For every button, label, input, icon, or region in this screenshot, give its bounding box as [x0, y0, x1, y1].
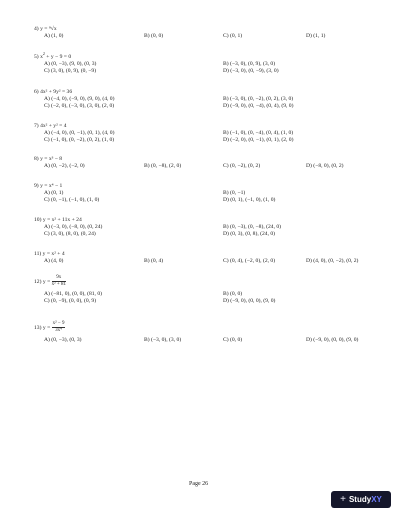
question-number: 13): [34, 325, 41, 331]
option-c: C) (3, 0), (8, 0), (0, 24): [44, 231, 96, 238]
question-number: 6): [34, 89, 39, 95]
question-number: 10): [34, 217, 41, 223]
question-number: 11): [34, 251, 41, 257]
option-d: D) (1, 1): [306, 33, 325, 40]
option-c: C) (0, −9), (0, 0), (0, 9): [44, 298, 96, 305]
option-a: A) (0, −2), (−2, 0): [44, 163, 85, 170]
question-number: 9): [34, 183, 39, 189]
option-a: A) (−81, 0), (0, 0), (81, 0): [44, 291, 102, 298]
fraction: x² − 93x⁴: [52, 321, 66, 334]
question-8: 8) y = x³ − 8 A) (0, −2), (−2, 0) B) (0,…: [34, 156, 62, 170]
option-c: C) (0, 0): [223, 337, 242, 344]
option-d: D) (−9, 0), (0, 0), (9, 0): [306, 337, 358, 344]
plus-icon: +: [340, 494, 346, 505]
question-5: 5) x2 + y − 9 = 0 A) (0, −3), (9, 0), (0…: [34, 54, 71, 75]
option-b: B) (−1, 0), (0, −4), (0, 4), (1, 0): [223, 130, 293, 137]
option-c: C) (0, 1): [223, 33, 242, 40]
studyxy-badge[interactable]: + StudyXY: [331, 491, 391, 508]
fraction: 9xx² + 81: [52, 275, 66, 288]
option-c: C) (0, 4), (−2, 0), (2, 0): [223, 258, 275, 265]
question-13: 13) y = x² − 93x⁴ A) (0, −3), (0, 3) B) …: [34, 321, 65, 344]
option-b: B) (0, −8), (2, 0): [144, 163, 181, 170]
option-a: A) (1, 0): [44, 33, 63, 40]
option-b: B) (−3, 0), (3, 0): [144, 337, 181, 344]
option-b: B) (0, 4): [144, 258, 163, 265]
option-a: A) (−4, 0), (−9, 0), (9, 0), (4, 0): [44, 96, 114, 103]
option-c: C) (0, −1), (−1, 0), (1, 0): [44, 197, 99, 204]
question-equation: 4x² + y² = 4: [40, 123, 66, 129]
option-a: A) (0, −3), (0, 3): [44, 337, 82, 344]
question-number: 4): [34, 26, 39, 32]
option-a: A) (−3, 0), (−8, 0), (0, 24): [44, 224, 102, 231]
option-d: D) (4, 0), (0, −2), (0, 2): [306, 258, 358, 265]
question-equation: y = x⁴ − 1: [40, 183, 62, 189]
option-d: D) (−9, 0), (0, −4), (0, 4), (9, 0): [223, 103, 293, 110]
option-b: B) (−3, 0), (0, −2), (0, 2), (3, 0): [223, 96, 293, 103]
option-b: B) (0, −1): [223, 190, 245, 197]
option-a: A) (4, 0): [44, 258, 63, 265]
question-equation: y = x² + 4: [43, 251, 65, 257]
option-c: C) (−2, 0), (−3, 0), (3, 0), (2, 0): [44, 103, 114, 110]
option-d: D) (−8, 0), (0, 2): [306, 163, 344, 170]
question-number: 12): [34, 279, 41, 285]
question-equation: 4x² + 9y² = 36: [40, 89, 72, 95]
question-6: 6) 4x² + 9y² = 36 A) (−4, 0), (−9, 0), (…: [34, 89, 72, 110]
option-a: A) (0, −3), (9, 0), (0, 3): [44, 61, 96, 68]
question-4: 4) y = ⁹√x A) (1, 0) B) (0, 0) C) (0, 1)…: [34, 26, 57, 40]
question-number: 8): [34, 156, 39, 162]
page-number: Page 26: [189, 481, 208, 487]
option-b: B) (0, 0): [223, 291, 242, 298]
question-number: 7): [34, 123, 39, 129]
question-12: 12) y = 9xx² + 81 A) (−81, 0), (0, 0), (…: [34, 275, 66, 305]
question-7: 7) 4x² + y² = 4 A) (−4, 0), (0, −1), (0,…: [34, 123, 67, 144]
question-equation: y = ⁹√x: [40, 26, 57, 32]
question-9: 9) y = x⁴ − 1 A) (0, 1) B) (0, −1) C) (0…: [34, 183, 62, 204]
option-a: A) (0, 1): [44, 190, 63, 197]
option-c: C) (3, 0), (0, 9), (0, −9): [44, 68, 96, 75]
option-b: B) (0, −3), (0, −8), (24, 0): [223, 224, 281, 231]
option-d: D) (−9, 0), (0, 0), (9, 0): [223, 298, 275, 305]
question-number: 5): [34, 54, 39, 60]
option-c: C) (0, −2), (0, 2): [223, 163, 260, 170]
question-10: 10) y = x² + 11x + 24 A) (−3, 0), (−8, 0…: [34, 217, 82, 238]
question-equation: y = x² + 11x + 24: [43, 217, 82, 223]
question-11: 11) y = x² + 4 A) (4, 0) B) (0, 4) C) (0…: [34, 251, 65, 265]
option-a: A) (−4, 0), (0, −1), (0, 1), (4, 0): [44, 130, 114, 137]
option-d: D) (−2, 0), (0, −1), (0, 1), (2, 0): [223, 137, 293, 144]
option-d: D) (0, 3), (0, 8), (24, 0): [223, 231, 275, 238]
question-equation: x2 + y − 9 = 0: [40, 54, 71, 60]
question-equation: y = x³ − 8: [40, 156, 62, 162]
brand-name: StudyXY: [349, 495, 382, 504]
option-d: D) (0, 1), (−1, 0), (1, 0): [223, 197, 275, 204]
option-d: D) (−3, 0), (0, −9), (3, 0): [223, 68, 279, 75]
option-c: C) (−1, 0), (0, −2), (0, 2), (1, 0): [44, 137, 114, 144]
option-b: B) (−3, 0), (0, 9), (3, 0): [223, 61, 275, 68]
option-b: B) (0, 0): [144, 33, 163, 40]
